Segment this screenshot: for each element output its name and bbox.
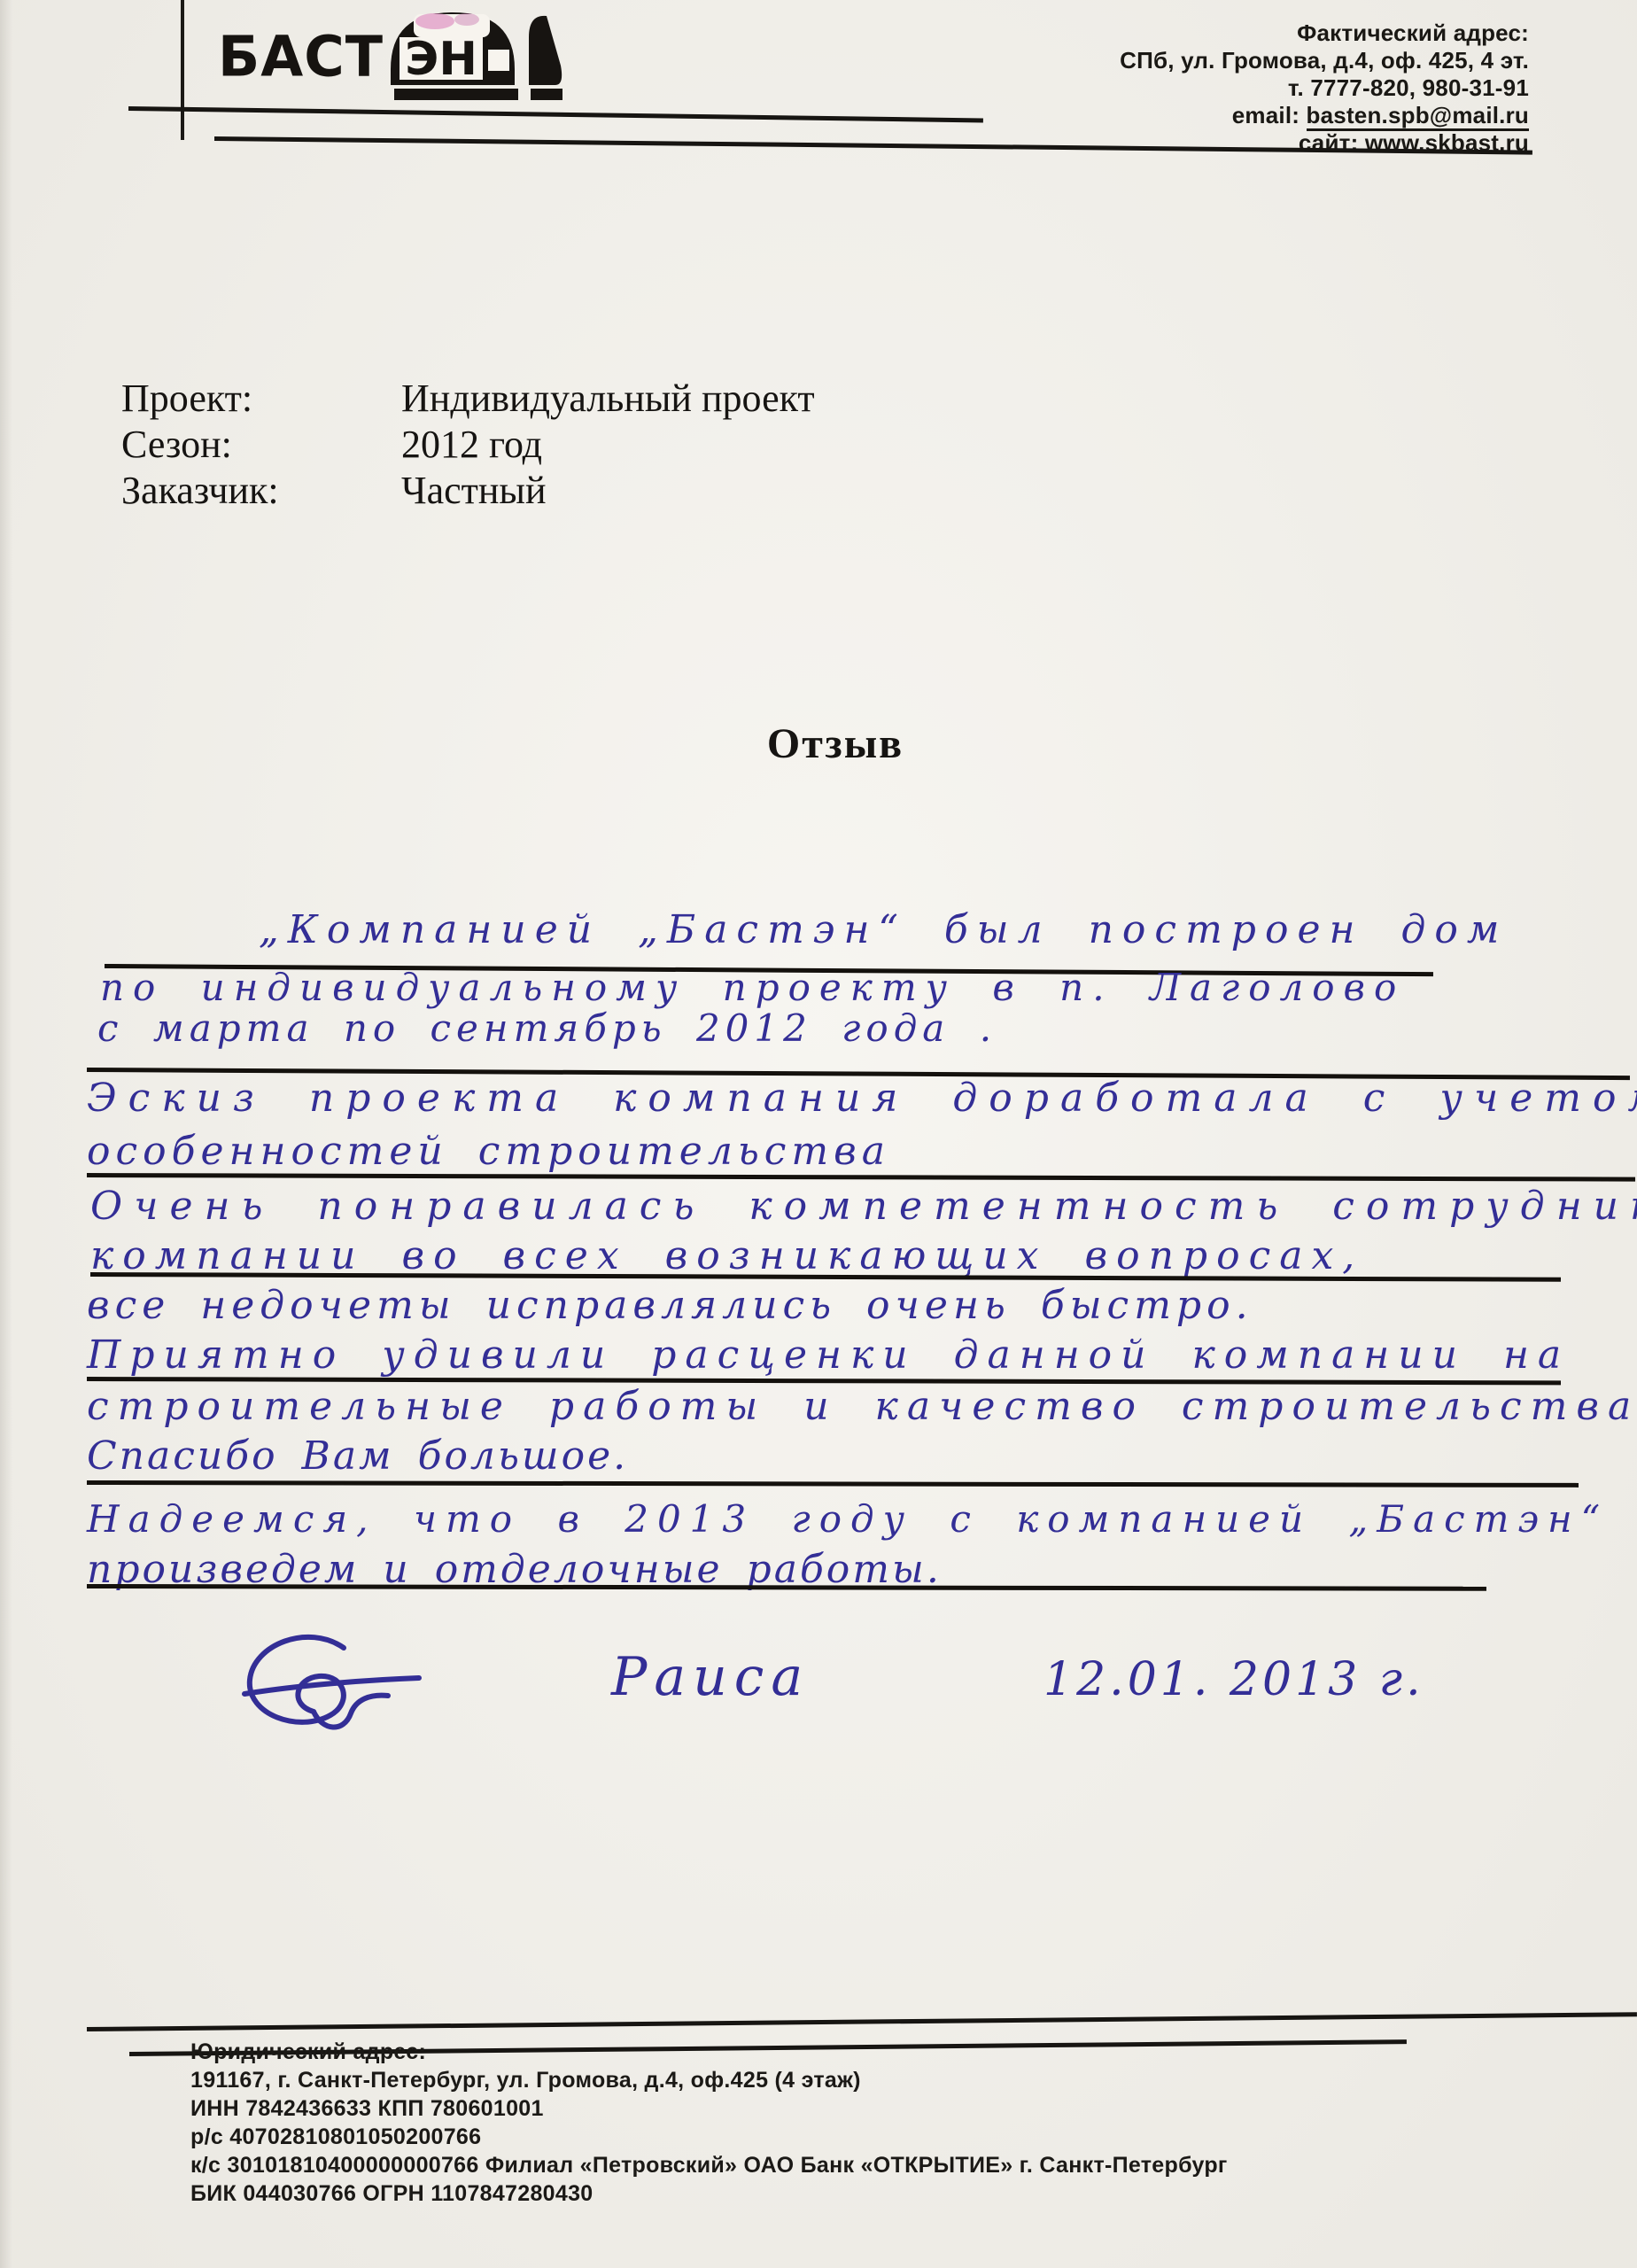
customer-value: Частный	[401, 469, 547, 512]
season-label: Сезон:	[121, 422, 401, 468]
handwritten-line: Очень понравилась компетентность сотрудн…	[90, 1187, 1637, 1226]
inn-kpp: ИНН 7842436633 КПП 780601001	[190, 2094, 1228, 2123]
season-row: Сезон:2012 год	[121, 422, 815, 468]
handwritten-line: особенностей строительства	[87, 1132, 890, 1171]
ruled-line	[87, 1480, 1579, 1487]
handwritten-line: Эскиз проекта компания доработала с учет…	[87, 1079, 1637, 1118]
logo-text-bast: БАСТ	[218, 28, 384, 84]
project-info: Проект:Индивидуальный проект Сезон:2012 …	[121, 376, 815, 514]
settlement-account: р/с 40702810801050200766	[190, 2123, 1228, 2151]
email-label: email:	[1232, 102, 1307, 128]
ruled-line	[87, 1173, 1635, 1182]
contact-email-line: email: basten.spb@mail.ru	[1033, 102, 1529, 129]
contact-block: Фактический адрес: СПб, ул. Громова, д.4…	[1033, 19, 1529, 157]
contact-phones: т. 7777-820, 980-31-91	[1033, 74, 1529, 102]
logo-text-en: ЭН	[405, 33, 477, 86]
project-value: Индивидуальный проект	[401, 377, 815, 420]
contact-address: СПб, ул. Громова, д.4, оф. 425, 4 эт.	[1033, 47, 1529, 74]
signature-date: 12.01. 2013 г.	[1043, 1653, 1424, 1706]
handwritten-line: все недочеты исправлялись очень быстро.	[87, 1286, 1253, 1325]
customer-label: Заказчик:	[121, 468, 401, 514]
legal-address-label: Юридический адрес:	[190, 2038, 1228, 2066]
page-title: Отзыв	[0, 719, 1637, 768]
legal-footer: Юридический адрес: 191167, г. Санкт-Пете…	[190, 2038, 1228, 2208]
handwritten-line: Приятно удивили расценки данной компании…	[87, 1336, 1570, 1375]
handwritten-line: Надеемся, что в 2013 году с компанией „Б…	[87, 1501, 1609, 1538]
header-vertical-rule	[181, 0, 184, 140]
handwritten-line: с марта по сентябрь 2012 года .	[97, 1010, 997, 1047]
signature-name: Раиса	[611, 1646, 810, 1708]
handwritten-line: строительные работы и качество строитель…	[87, 1387, 1637, 1426]
logo-dome-icon: ЭН	[389, 11, 570, 103]
email-value: basten.spb@mail.ru	[1307, 102, 1529, 131]
header-rule-top	[128, 106, 983, 122]
corr-account-bank: к/с 30101810400000000766 Филиал «Петровс…	[190, 2151, 1228, 2179]
footer-rule-top	[87, 2012, 1637, 2031]
handwritten-line: „Компанией „Бастэн“ был построен дом	[259, 911, 1508, 950]
customer-row: Заказчик:Частный	[121, 468, 815, 514]
bik-ogrn: БИК 044030766 ОГРН 1107847280430	[190, 2179, 1228, 2208]
project-label: Проект:	[121, 376, 401, 422]
scanned-review-letter: БАСТ ЭН Фактический адрес: СПб, ул. Гром…	[0, 0, 1637, 2268]
handwritten-line: компании во всех возникающих вопросах,	[90, 1237, 1363, 1276]
project-row: Проект:Индивидуальный проект	[121, 376, 815, 422]
season-value: 2012 год	[401, 423, 542, 466]
handwritten-line: Спасибо Вам большое.	[87, 1437, 628, 1476]
basten-logo: БАСТ ЭН	[218, 12, 570, 101]
legal-address: 191167, г. Санкт-Петербург, ул. Громова,…	[190, 2066, 1228, 2094]
handwritten-line: по индивидуальному проекту в п. Лаголово	[100, 969, 1405, 1006]
contact-address-label: Фактический адрес:	[1033, 19, 1529, 47]
signature-flourish	[237, 1628, 459, 1748]
